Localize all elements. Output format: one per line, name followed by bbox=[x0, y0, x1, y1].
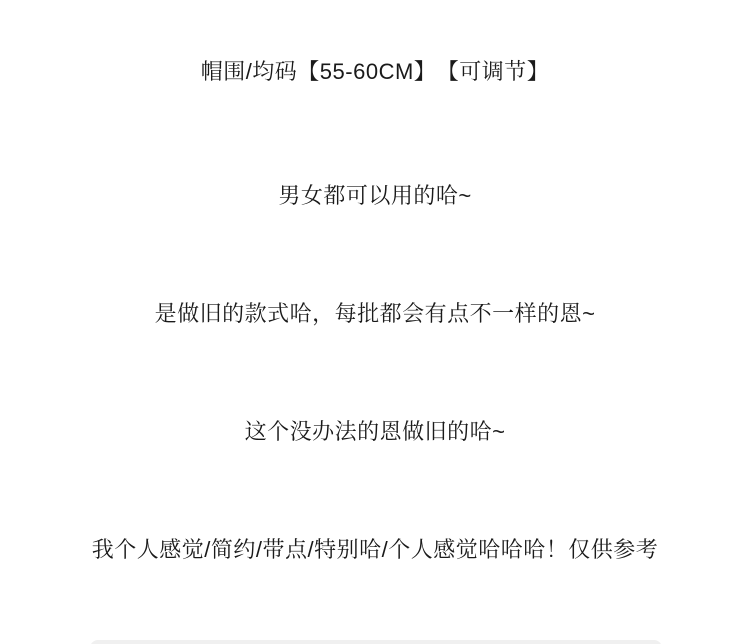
unisex-note-line: 男女都可以用的哈~ bbox=[0, 181, 750, 211]
distressed-style-note-line: 是做旧的款式哈，每批都会有点不一样的恩~ bbox=[0, 299, 750, 329]
distressed-disclaimer-line: 这个没办法的恩做旧的哈~ bbox=[0, 417, 750, 447]
size-spec-line: 帽围/均码【55-60CM】 【可调节】 bbox=[0, 57, 750, 87]
next-card-top-edge bbox=[90, 640, 662, 644]
personal-opinion-line: 我个人感觉/简约/带点/特别哈/个人感觉哈哈哈！仅供参考 bbox=[0, 535, 750, 565]
